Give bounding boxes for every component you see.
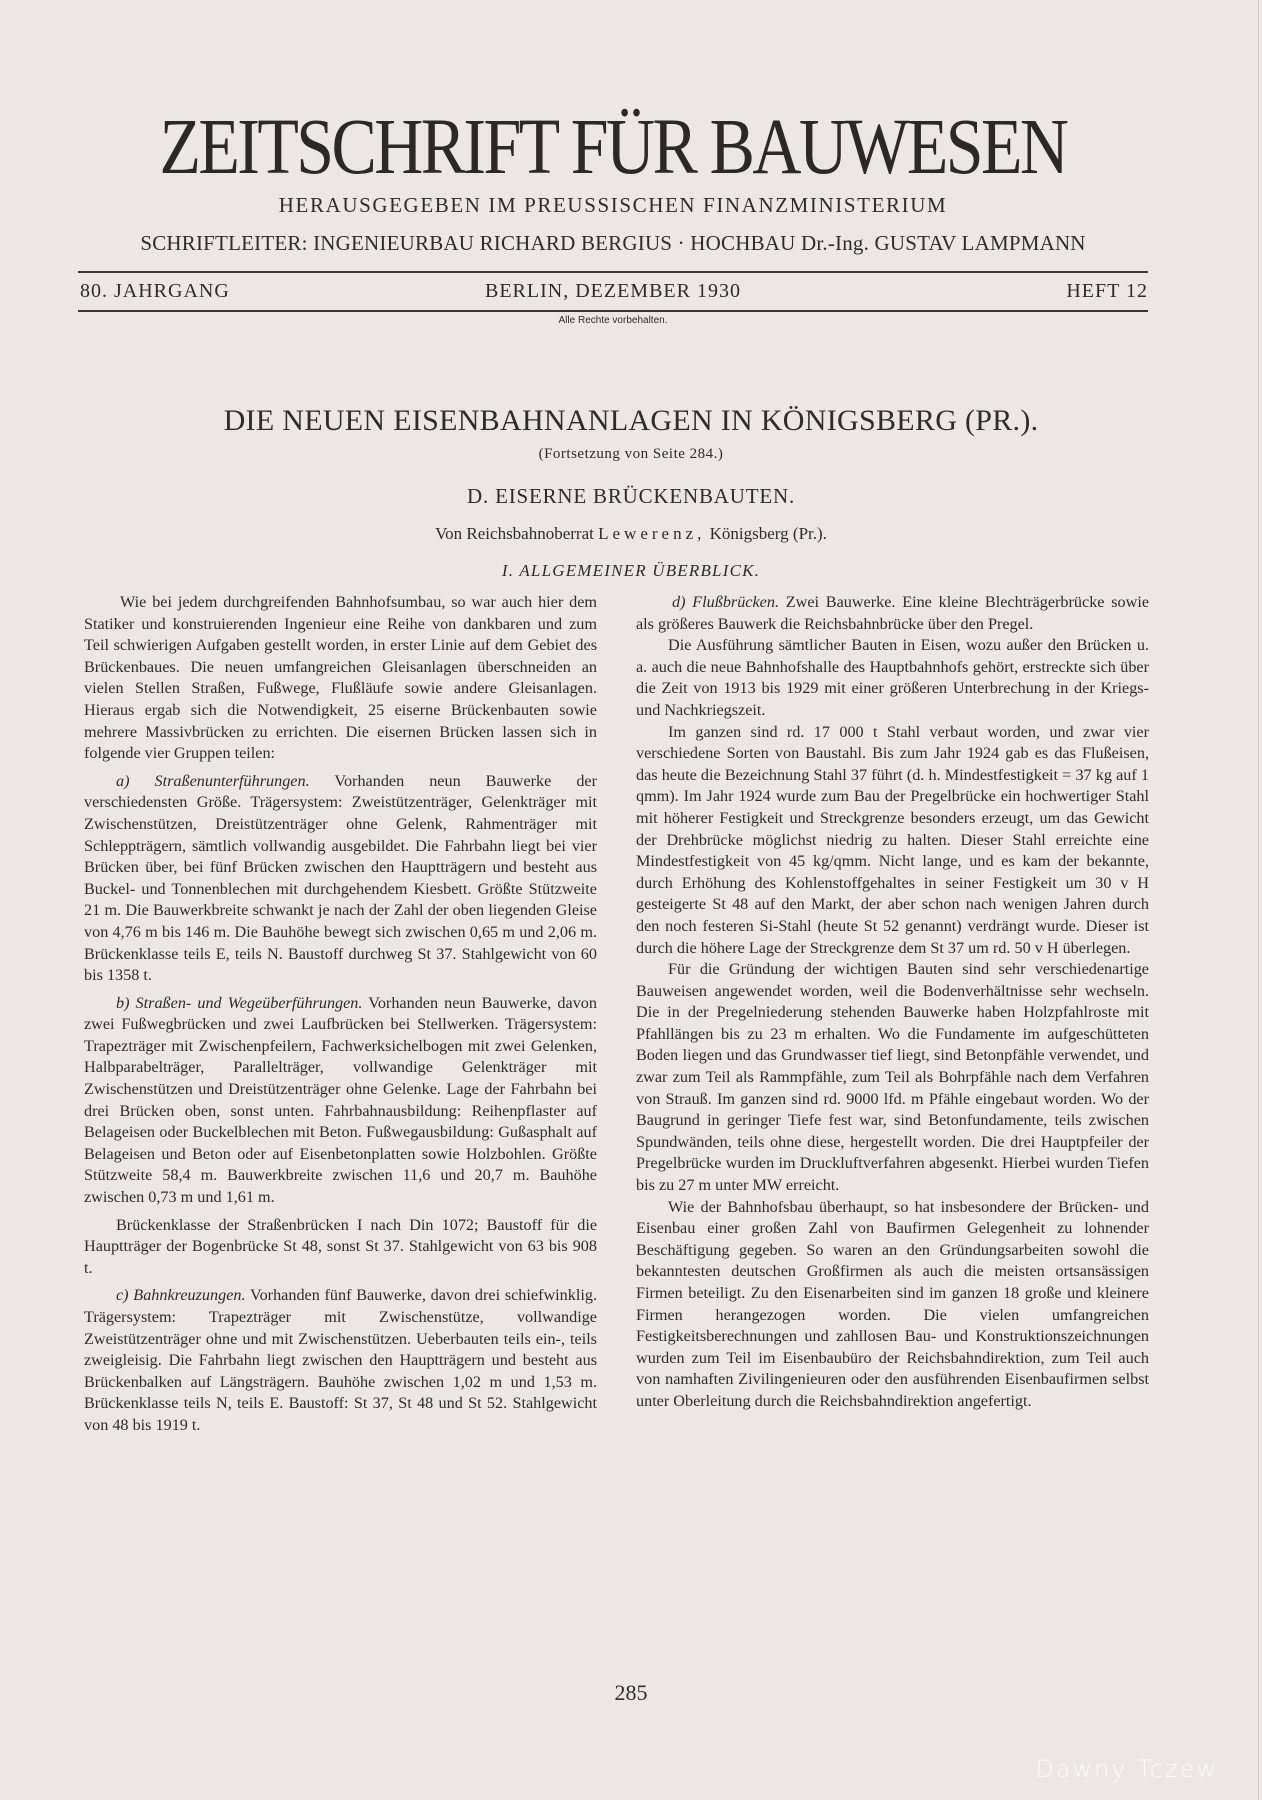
author-place: Königsberg (Pr.). <box>710 524 827 543</box>
author-prefix: Von Reichsbahnoberrat <box>435 524 594 543</box>
group-d-heading: d) Flußbrücken. <box>672 593 779 611</box>
foundation-paragraph: Für die Gründung der wichtigen Bauten si… <box>636 959 1149 1197</box>
left-column: Wie bei jedem durchgreifenden Bahnhofsum… <box>84 592 597 1437</box>
subsection-heading: I. ALLGEMEINER ÜBERBLICK. <box>0 561 1262 581</box>
right-column: d) Flußbrücken. Zwei Bauwerke. Eine klei… <box>636 592 1149 1413</box>
rule-top <box>78 271 1148 273</box>
steel-paragraph: Im ganzen sind rd. 17 000 t Stahl verbau… <box>636 722 1149 960</box>
place-date: BERLIN, DEZEMBER 1930 <box>78 280 1148 303</box>
issue-number: HEFT 12 <box>1066 280 1148 303</box>
firms-paragraph: Wie der Bahnhofsbau überhaupt, so hat in… <box>636 1197 1149 1413</box>
group-c-text: Vorhanden fünf Bauwerke, davon drei schi… <box>84 1286 597 1434</box>
group-a-paragraph: a) Straßenunterführungen. Vorhanden neun… <box>84 771 597 987</box>
group-b-heading: b) Straßen- und Wegeüberführungen. <box>116 994 362 1012</box>
group-b-text: Vorhanden neun Bauwerke, davon zwei Fußw… <box>84 994 597 1206</box>
intro-paragraph: Wie bei jedem durchgreifenden Bahnhofsum… <box>84 592 597 765</box>
group-b-class-paragraph: Brückenklasse der Straßenbrücken I nach … <box>84 1215 597 1280</box>
continuation-note: (Fortsetzung von Seite 284.) <box>0 446 1262 463</box>
author-line: Von Reichsbahnoberrat Lewerenz, Königsbe… <box>0 524 1262 544</box>
article-title: DIE NEUEN EISENBAHNANLAGEN IN KÖNIGSBERG… <box>0 404 1262 438</box>
rule-bottom <box>78 310 1148 312</box>
publisher-line: HERAUSGEGEBEN IM PREUSSISCHEN FINANZMINI… <box>78 193 1148 218</box>
watermark: Dawny Tczew <box>1035 1755 1218 1783</box>
page-edge <box>1258 0 1259 1800</box>
section-heading: D. EISERNE BRÜCKENBAUTEN. <box>0 484 1262 509</box>
author-name: Lewerenz, <box>598 524 705 543</box>
group-a-text: Vorhanden neun Bauwerke der verschiedens… <box>84 772 597 984</box>
group-a-heading: a) Straßenunterführungen. <box>116 772 310 790</box>
group-c-paragraph: c) Bahnkreuzungen. Vorhanden fünf Bauwer… <box>84 1285 597 1436</box>
page-number: 285 <box>0 1680 1262 1706</box>
rights-notice: Alle Rechte vorbehalten. <box>78 315 1148 326</box>
journal-title: ZEITSCHRIFT FÜR BAUWESEN <box>78 108 1148 188</box>
group-c-heading: c) Bahnkreuzungen. <box>116 1286 246 1304</box>
issue-info: 80. JAHRGANG BERLIN, DEZEMBER 1930 HEFT … <box>78 280 1148 306</box>
group-b-paragraph: b) Straßen- und Wegeüberführungen. Vorha… <box>84 993 597 1209</box>
execution-paragraph: Die Ausführung sämtlicher Bauten in Eise… <box>636 635 1149 721</box>
group-d-paragraph: d) Flußbrücken. Zwei Bauwerke. Eine klei… <box>636 592 1149 635</box>
editors-line: SCHRIFTLEITER: INGENIEURBAU RICHARD BERG… <box>78 231 1148 256</box>
